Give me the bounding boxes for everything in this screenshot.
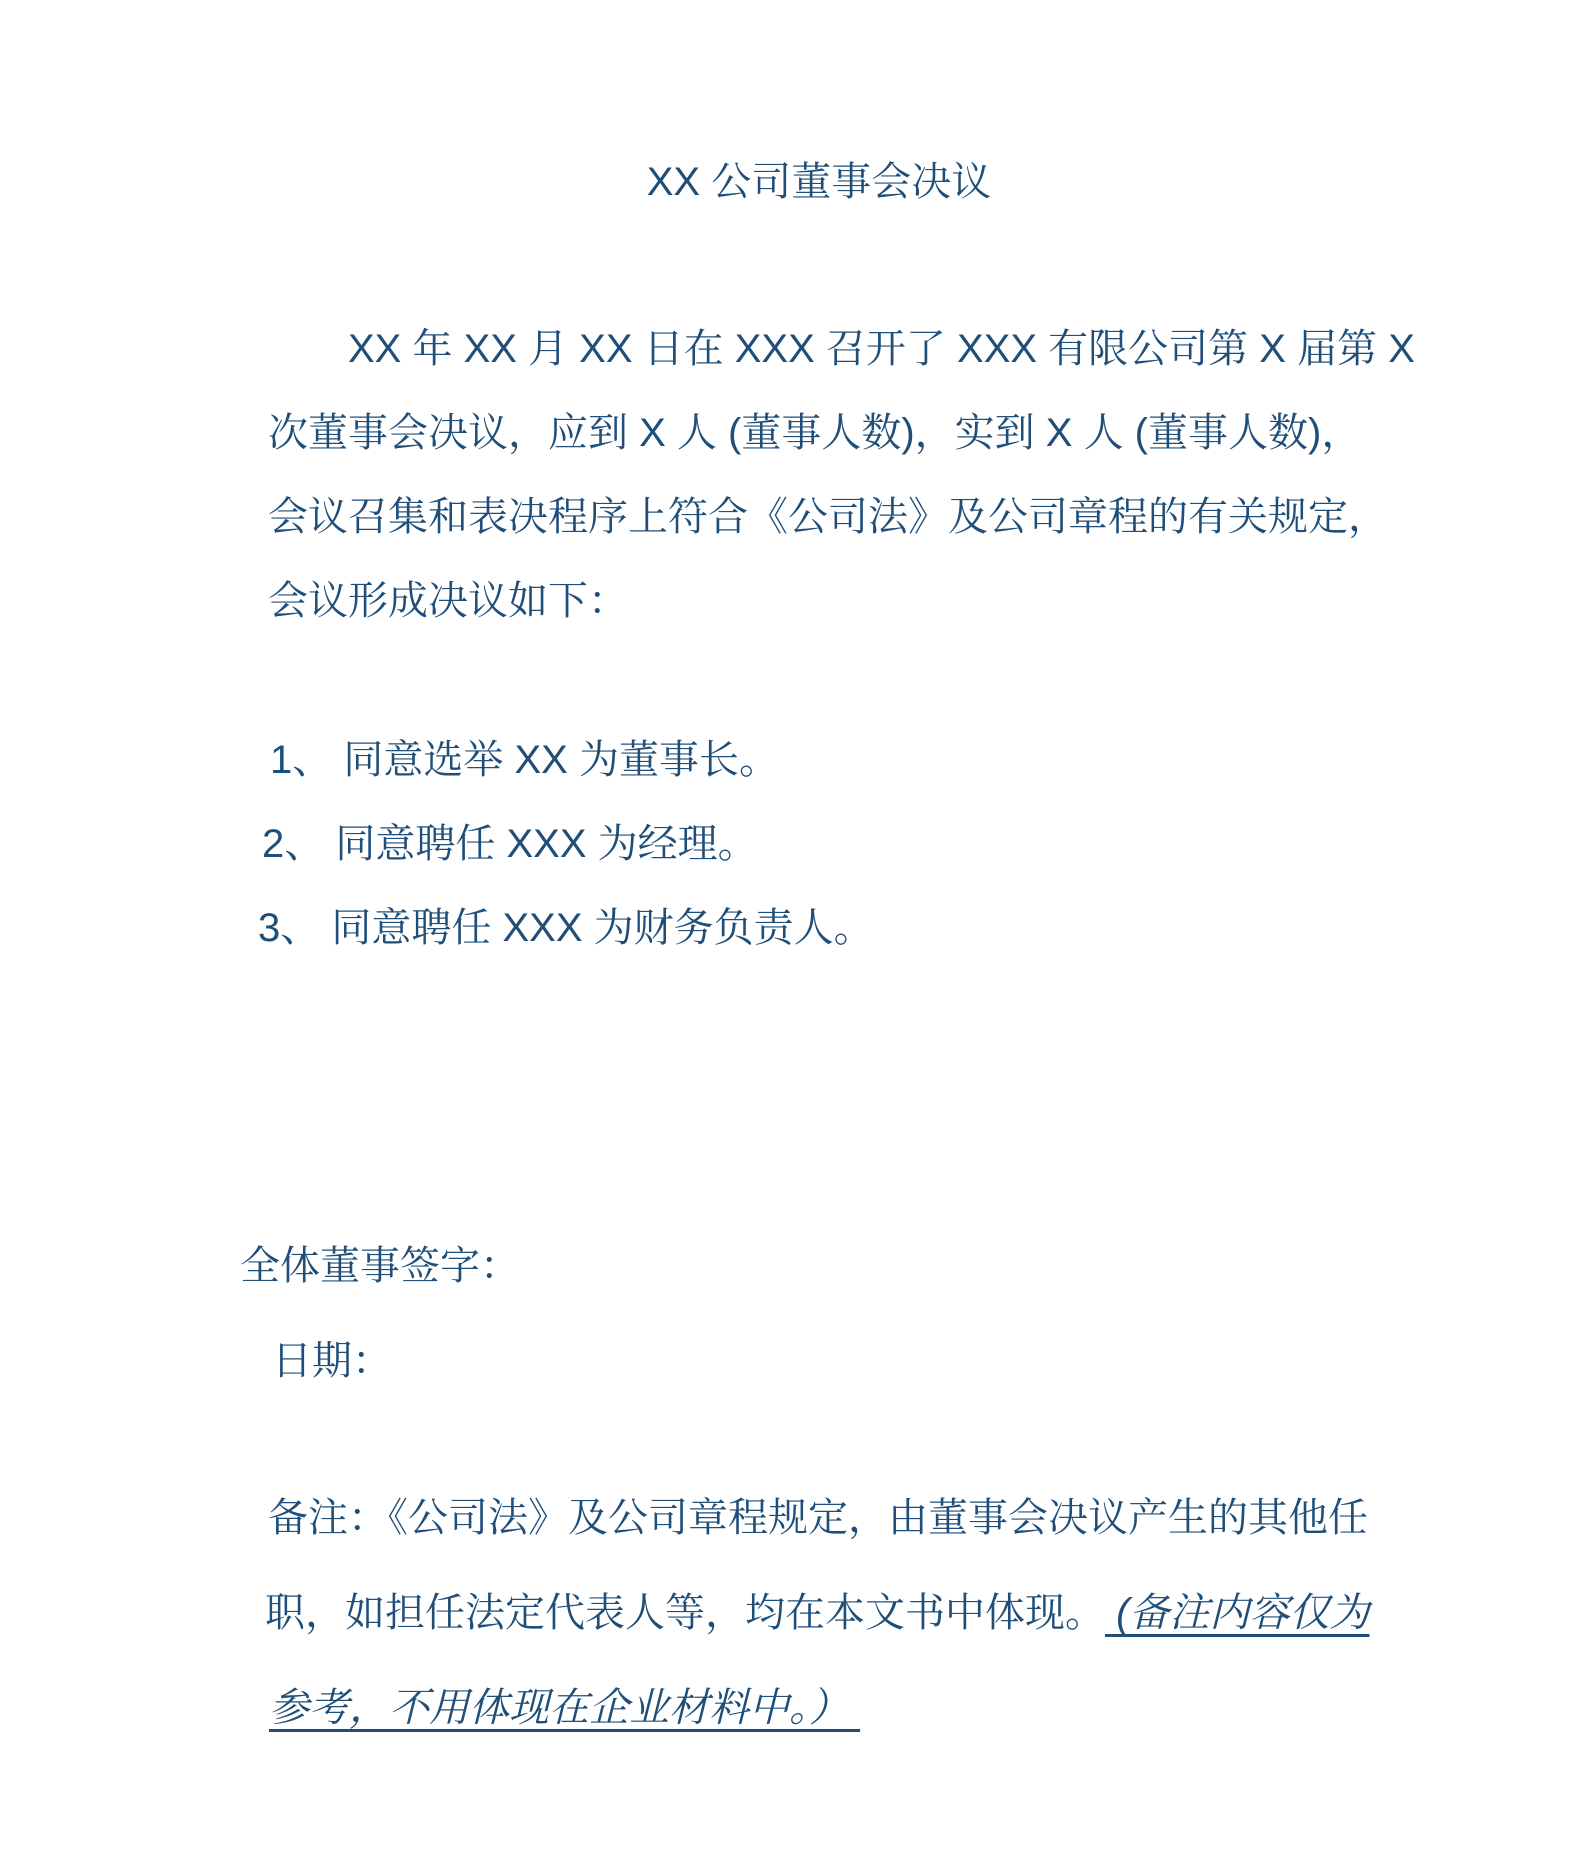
remark-line-1: 备注：《公司法》及公司章程规定，由董事会决议产生的其他任 xyxy=(268,1471,1587,1566)
remark-line-3: 参考，不用体现在企业材料中。） xyxy=(269,1661,1587,1756)
paragraph-line-2: 次董事会决议，应到 X 人 (董事人数)，实到 X 人 (董事人数)， xyxy=(268,391,1587,475)
resolution-list: 1、 同意选举 XX 为董事长。 2、 同意聘任 XXX 为经理。 3、 同意聘… xyxy=(0,718,1587,970)
document-title: XX 公司董事会决议 xyxy=(268,140,1370,224)
remark-section: 备注：《公司法》及公司章程规定，由董事会决议产生的其他任 职，如担任法定代表人等… xyxy=(0,1471,1587,1756)
paragraph-line-3: 会议召集和表决程序上符合《公司法》及公司章程的有关规定， xyxy=(268,475,1587,559)
signature-label: 全体董事签字： xyxy=(240,1219,1587,1314)
remark-line-3-note: 参考，不用体现在企业材料中。） xyxy=(269,1686,860,1730)
remark-line-2-note: (备注内容仅为 xyxy=(1105,1591,1369,1635)
remark-line-2-text: 职，如担任法定代表人等，均在本文书中体现。 xyxy=(265,1591,1105,1635)
remark-line-2: 职，如担任法定代表人等，均在本文书中体现。 (备注内容仅为 xyxy=(265,1566,1587,1661)
paragraph-line-1: XX 年 XX 月 XX 日在 XXX 召开了 XXX 有限公司第 X 届第 X xyxy=(268,307,1587,391)
paragraph-line-4: 会议形成决议如下： xyxy=(268,559,1587,643)
resolution-item-1: 1、 同意选举 XX 为董事长。 xyxy=(270,718,1587,802)
signature-section: 全体董事签字： 日期： xyxy=(0,1219,1587,1409)
resolution-item-3: 3、 同意聘任 XXX 为财务负责人。 xyxy=(258,886,1587,970)
date-label: 日期： xyxy=(272,1314,1587,1409)
opening-paragraph: XX 年 XX 月 XX 日在 XXX 召开了 XXX 有限公司第 X 届第 X… xyxy=(0,307,1587,643)
resolution-item-2: 2、 同意聘任 XXX 为经理。 xyxy=(262,802,1587,886)
document-page: XX 公司董事会决议 XX 年 XX 月 XX 日在 XXX 召开了 XXX 有… xyxy=(0,140,1587,1756)
